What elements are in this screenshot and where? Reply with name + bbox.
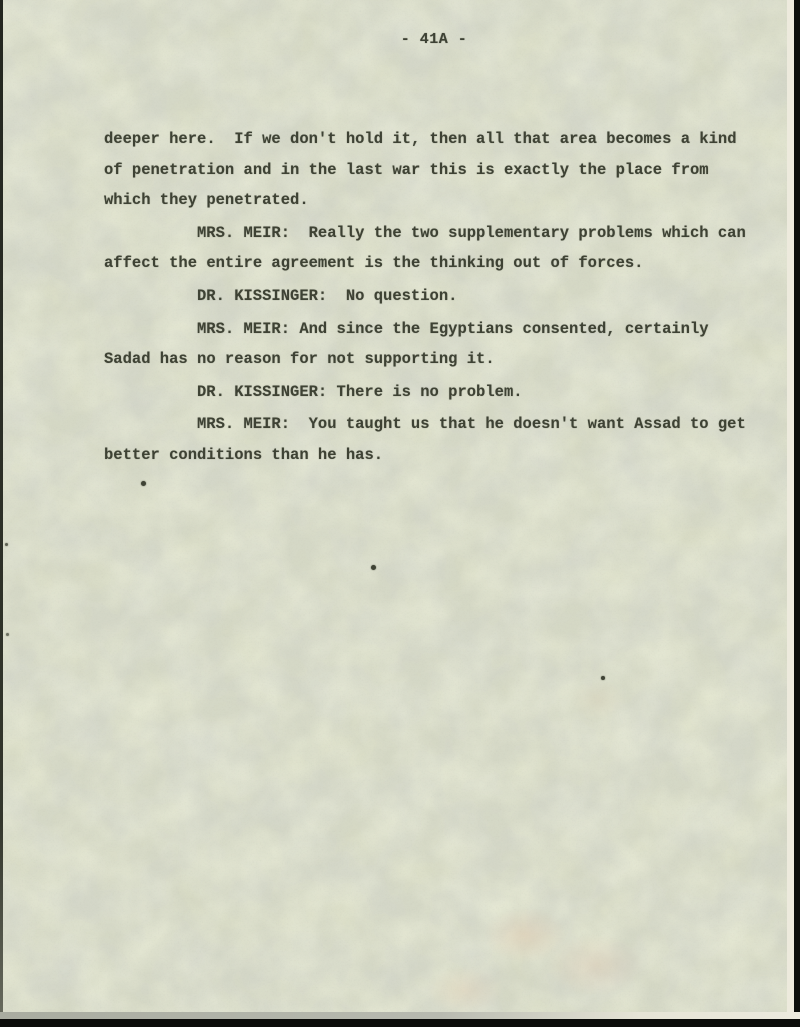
page-number: - 41A - (401, 31, 468, 48)
ink-speck (371, 565, 376, 570)
paragraph-continuation: deeper here. If we don't hold it, then a… (104, 124, 752, 216)
paragraph-meir-2: MRS. MEIR: And since the Egyptians conse… (104, 314, 752, 375)
scan-edge-right (794, 0, 800, 1027)
scan-edge-bottom (0, 1019, 800, 1027)
scan-edge-left (0, 0, 3, 1027)
scan-edge-right-highlight (787, 0, 794, 1027)
paragraph-kissinger-2: DR. KISSINGER: There is no problem. (104, 377, 752, 408)
scanned-document-page: - 41A - deeper here. If we don't hold it… (0, 0, 800, 1027)
ink-speck (141, 481, 146, 486)
paragraph-meir-3: MRS. MEIR: You taught us that he doesn't… (104, 409, 752, 470)
paragraph-kissinger-1: DR. KISSINGER: No question. (104, 281, 752, 312)
transcript-body: deeper here. If we don't hold it, then a… (104, 124, 752, 473)
scan-edge-bottom-shadow (0, 1012, 800, 1019)
ink-speck (6, 633, 9, 636)
ink-speck (5, 543, 8, 546)
ink-speck (601, 676, 605, 680)
paragraph-meir-1: MRS. MEIR: Really the two supplementary … (104, 218, 752, 279)
